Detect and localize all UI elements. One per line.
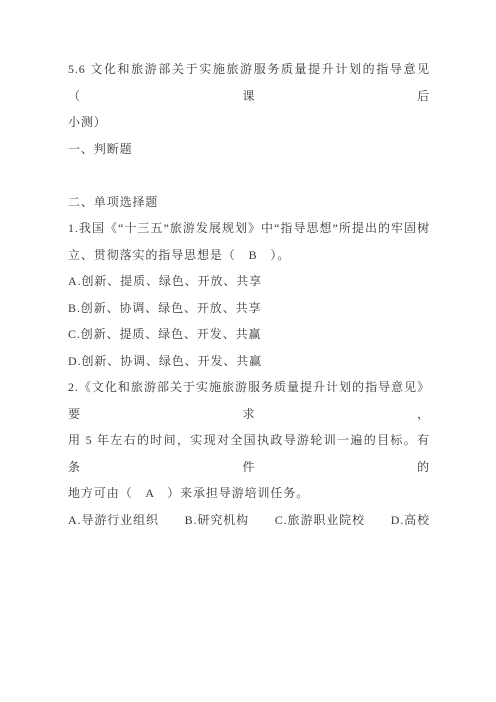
doc-title-line-1: 5.6 文化和旅游部关于实施旅游服务质量提升计划的指导意见（课后 [68, 56, 430, 109]
section-heading-true-false: 一、判断题 [68, 136, 430, 163]
question-2-options-row: A.导游行业组织 B.研究机构 C.旅游职业院校 D.高校 [68, 507, 430, 534]
question-1-option-c: C.创新、提质、绿色、开发、共赢 [68, 321, 430, 348]
document-page: 5.6 文化和旅游部关于实施旅游服务质量提升计划的指导意见（课后 小测） 一、判… [0, 0, 496, 702]
question-2-option-d: D.高校 [391, 507, 430, 534]
question-2-option-b: B.研究机构 [185, 507, 249, 534]
question-1-option-d: D.创新、协调、绿色、开发、共赢 [68, 348, 430, 375]
doc-title-line-2: 小测） [68, 109, 430, 136]
question-2-option-a: A.导游行业组织 [68, 507, 159, 534]
question-2-line-1: 2.《文化和旅游部关于实施旅游服务质量提升计划的指导意见》要求， [68, 374, 430, 427]
question-1-line-2: 立、贯彻落实的指导思想是（ B ）。 [68, 242, 430, 269]
question-2-option-c: C.旅游职业院校 [275, 507, 365, 534]
question-1-option-a: A.创新、提质、绿色、开放、共享 [68, 268, 430, 295]
question-1-option-b: B.创新、协调、绿色、开放、共享 [68, 295, 430, 322]
question-2-line-2: 用 5 年左右的时间，实现对全国执政导游轮训一遍的目标。有条件的 [68, 427, 430, 480]
question-2-line-3: 地方可由（ A ）来承担导游培训任务。 [68, 480, 430, 507]
blank-line [68, 162, 430, 189]
section-heading-single-choice: 二、单项选择题 [68, 189, 430, 216]
question-1-line-1: 1.我国《“十三五”旅游发展规划》中“指导思想”所提出的牢固树 [68, 215, 430, 242]
